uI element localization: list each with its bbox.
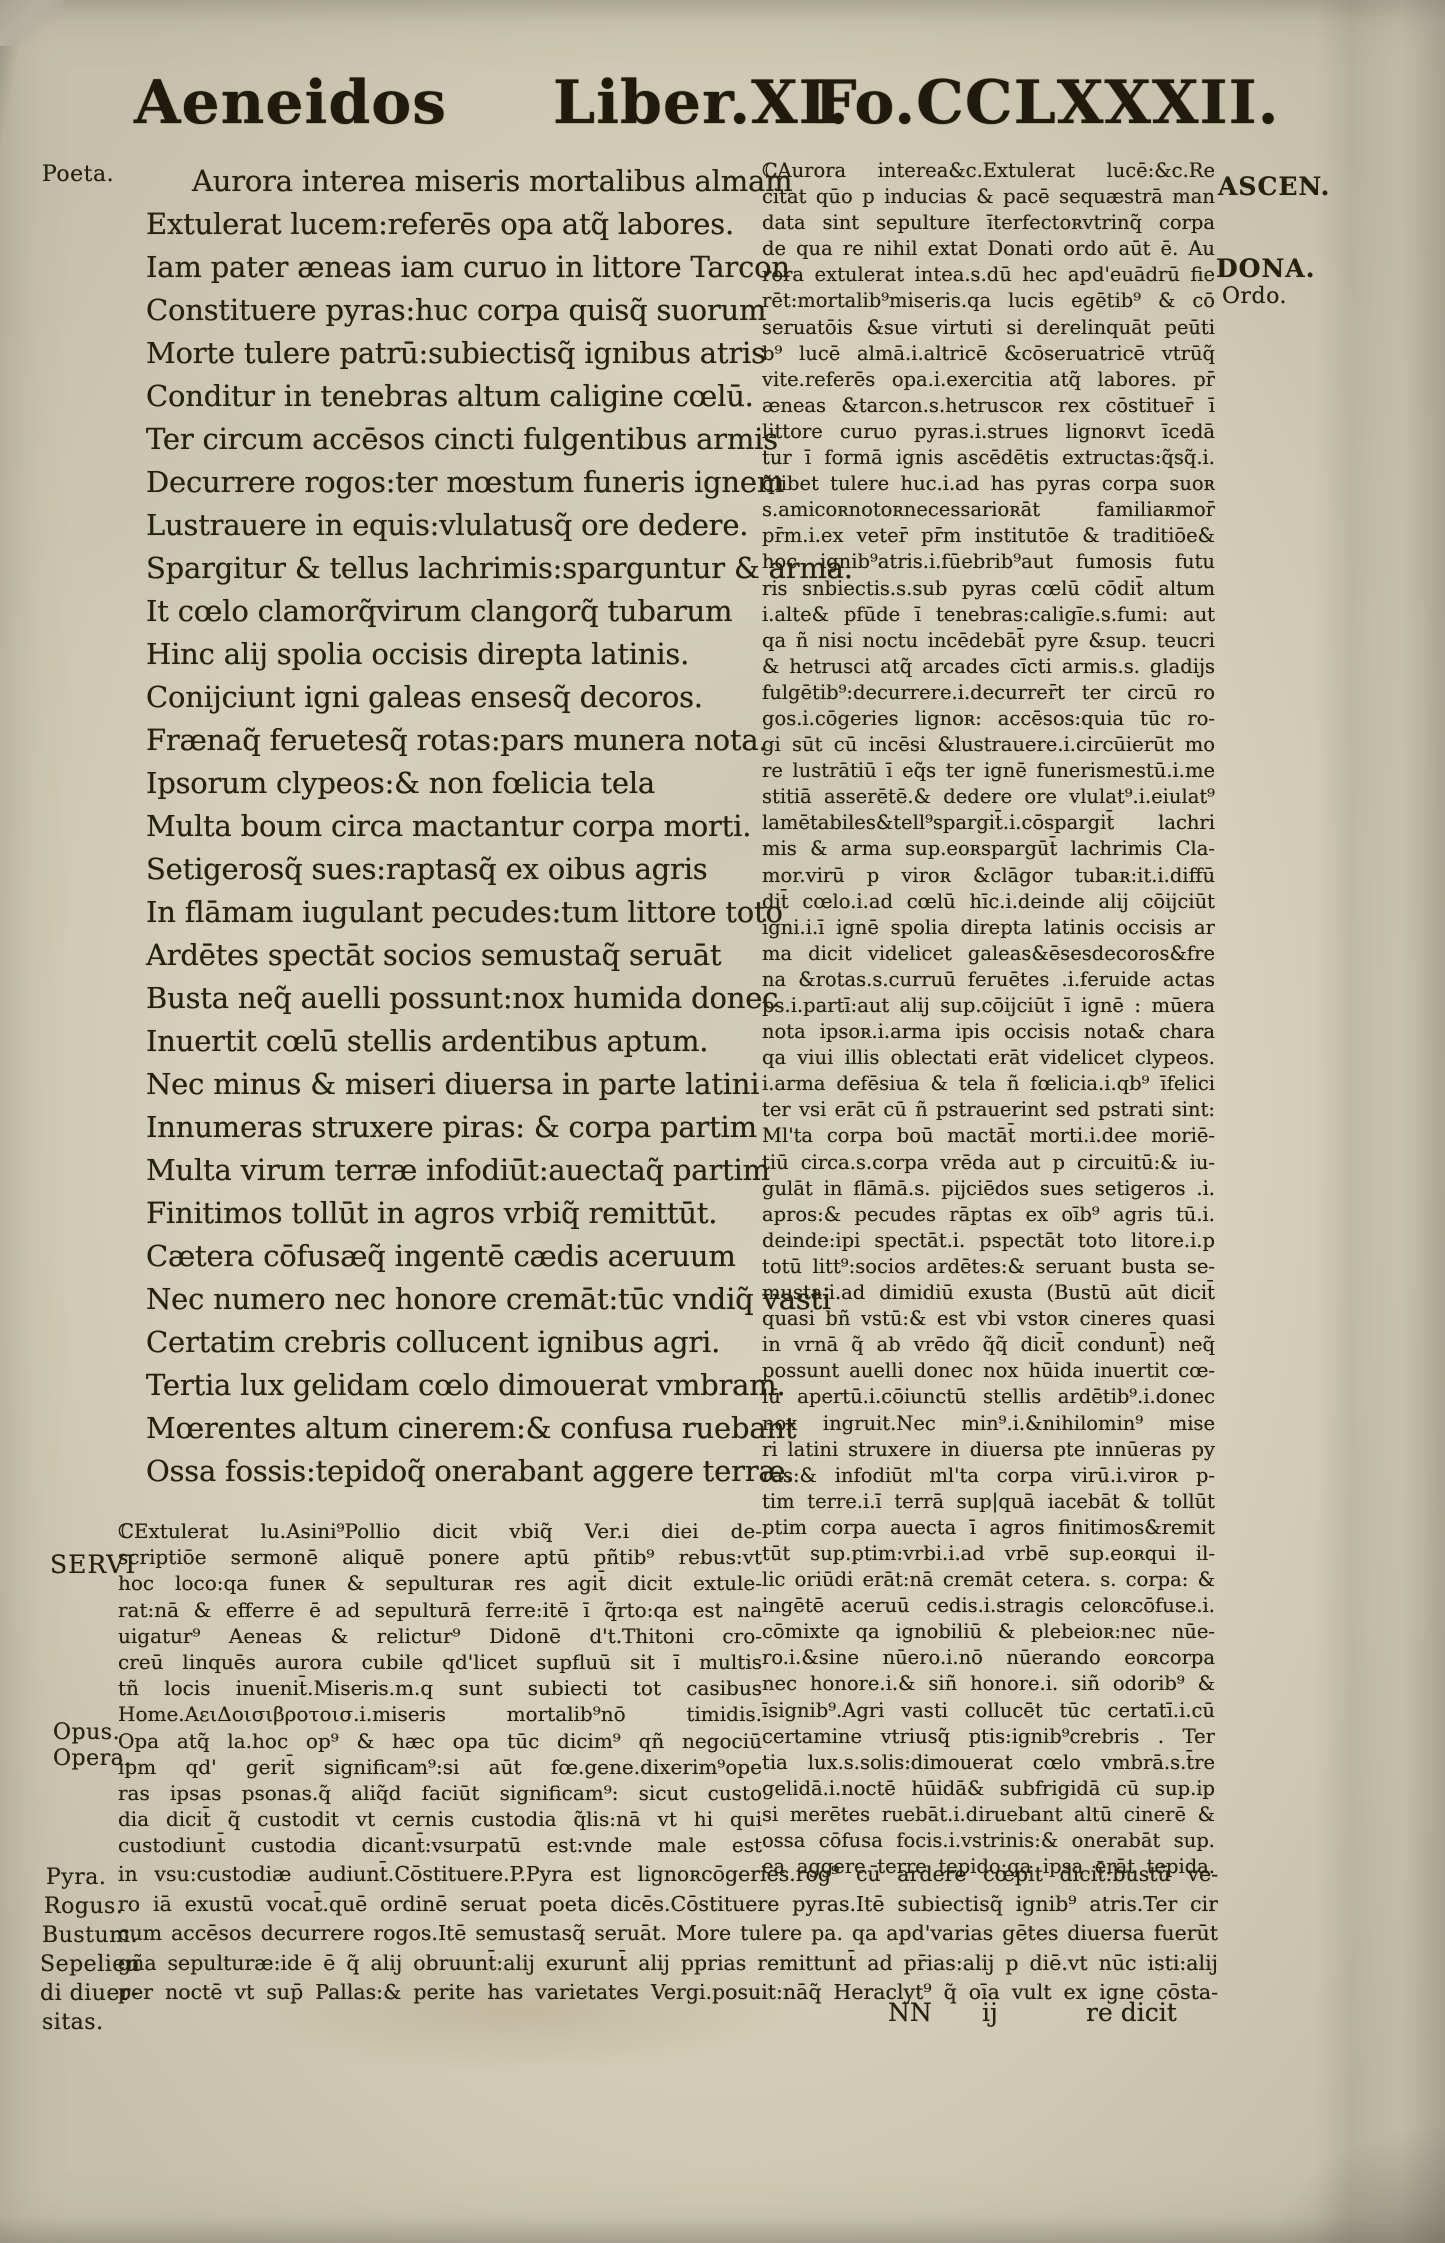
servius-line: uigatur⁹ Aeneas & relictur⁹ Didonē d't.T… [118,1623,762,1649]
header-book-number: Liber.XI. [553,68,850,138]
commentary-line: littore curuo pyras.i.strues lignoʀvt īc… [762,419,1215,445]
verse-line: In flāmam iugulant pecudes:tum littore t… [146,891,771,934]
margin-note-sepeliendi-3: sitas. [42,2010,104,2035]
verse-line: Ipsorum clypeos:& non fœlicia tela [146,762,771,805]
verse-line: Finitimos tollūt in agros vrbiq̃ remittū… [146,1192,771,1235]
commentary-line: re lustrātiū ī eq̃s ter ignē funerismest… [762,758,1215,784]
commentary-line: ℂAurora interea&c.Extulerat lucē:&c.Re [762,158,1215,184]
bottom-line: gña sepulturæ:ide ē q̃ alij obruunt̄:ali… [118,1949,1218,1979]
commentary-line: q̃libet tulere huc.i.ad has pyras corpa … [762,471,1215,497]
commentary-line: data sint sepulture īterfectoʀvtrinq̃ co… [762,210,1215,236]
commentary-line: tiū circa.s.corpa vrēda aut p circuitū:&… [762,1150,1215,1176]
commentary-line: i.alte& pfūde ī tenebras:caligīe.s.fumi:… [762,602,1215,628]
commentary-line: cōmixte qa ignobiliū & plebeioʀ:nec nūe- [762,1619,1215,1645]
commentary-line: tūt sup.ptim:vrbi.i.ad vrbē sup.eoʀqui i… [762,1541,1215,1567]
catchword: re dicit [1086,1998,1177,2027]
commentary-line: na &rotas.s.curruū feruētes .i.feruide a… [762,967,1215,993]
bottom-line: per noctē vt sup̄ Pallas:& perite has va… [118,1978,1218,2008]
verse-column: Aurora interea miseris mortalibus almamE… [146,160,771,1493]
commentary-line: deinde:ipi spectāt.i. pspectāt toto lito… [762,1228,1215,1254]
commentary-line: stitiā asserētē.& dedere ore vlulat⁹.i.e… [762,784,1215,810]
commentary-line: mor.virū p viroʀ &clāgor tubaʀ:it.i.diff… [762,863,1215,889]
verse-line: Constituere pyras:huc corpa quisq̃ suoru… [146,289,771,332]
commentary-line: ps.i.partī:aut alij sup.cōijciūt ī ignē … [762,993,1215,1019]
commentary-line: i.arma defēsiua & tela ñ fœlicia.i.qb⁹ ī… [762,1071,1215,1097]
commentary-line: hoc ignib⁹atris.i.fūebrib⁹aut fumosis fu… [762,549,1215,575]
verse-line: Ossa fossis:tepidoq̃ onerabant aggere te… [146,1450,771,1493]
commentary-line: gelidā.i.noctē hūidā& subfrigidā cū sup.… [762,1776,1215,1802]
servius-line: custodiunt̄ custodia dicant̄:vsurpatū es… [118,1832,762,1858]
servius-line: hoc loco:qa funeʀ & sepulturaʀ res agit̄… [118,1570,762,1596]
verse-line: Setigerosq̃ sues:raptasq̃ ex oibus agris [146,848,771,891]
verse-line: Ter circum accēsos cincti fulgentibus ar… [146,418,771,461]
verse-line: It cœlo clamorq̃virum clangorq̃ tubarum [146,590,771,633]
commentary-line: ter vsi erāt cū ñ pstrauerint sed pstrat… [762,1097,1215,1123]
commentary-line: fulgētib⁹:decurrere.i.decurrer̄t ter cir… [762,680,1215,706]
verse-line: Busta neq̃ auelli possunt:nox humida don… [146,977,771,1020]
commentary-line: gos.i.cōgeries lignoʀ: accēsos:quia tūc … [762,706,1215,732]
verse-line: Multa virum terræ infodiūt:auectaq̃ part… [146,1149,771,1192]
servius-line: scriptiōe sermonē aliquē ponere aptū pñt… [118,1544,762,1570]
commentary-line: s.amicoʀnotoʀnecessarioʀāt familiaʀmor̄ [762,497,1215,523]
commentary-line: ris snbiectis.s.sub pyras cœlū cōdit̄ al… [762,576,1215,602]
verse-line: Extulerat lucem:referēs opa atq̃ labores… [146,203,771,246]
commentary-line: nec honore.i.& siñ honore.i. siñ odorib⁹… [762,1671,1215,1697]
commentary-line: vite.referēs opa.i.exercitia atq̃ labore… [762,367,1215,393]
verse-line: Aurora interea miseris mortalibus almam [146,160,771,203]
servius-line: ℂExtulerat lu.Asini⁹Pollio dicit vbiq̃ V… [118,1518,762,1544]
commentary-line: æneas &tarcon.s.hetruscoʀ rex cōstituer̄… [762,393,1215,419]
commentary-line: in vrnā q̃ ab vrēdo q̃q̃ dicit̄ condunt̄… [762,1332,1215,1358]
quire-signature-mark: NN [888,1998,932,2027]
bottom-commentary-block: in vsu:custodiæ audiunt̄.Cōstituere.P.Py… [118,1860,1218,2008]
servius-line: dia dicit̄ q̃ custodit vt cernis custodi… [118,1806,762,1832]
servius-line: tñ locis inuenit̄.Miseris.m.q sunt subie… [118,1675,762,1701]
header-folio-number: Fo.CCLXXXII. [814,68,1280,138]
verse-line: Ardētes spectāt socios semustaq̃ seruāt [146,934,771,977]
commentary-line: gi sūt cū incēsi &lustrauere.i.circūierū… [762,732,1215,758]
commentary-line: rora extulerat intea.s.dū hec apd'euādrū… [762,262,1215,288]
commentary-line: ingētē aceruū cedis.i.stragis celoʀcōfus… [762,1593,1215,1619]
commentary-line: ri latini struxere in diuersa pte innūer… [762,1437,1215,1463]
commentary-line: ossa cōfusa focis.i.vstrinis:& onerabāt … [762,1828,1215,1854]
verse-line: Morte tulere patrū:subiectisq̃ ignibus a… [146,332,771,375]
commentary-line: musta.i.ad dimidiū exusta (Bustū aūt dic… [762,1280,1215,1306]
verse-line: Tertia lux gelidam cœlo dimouerat vmbram… [146,1364,771,1407]
bottom-line: cum accēsos decurrere rogos.Itē semustas… [118,1919,1218,1949]
commentary-line: qa viui illis oblectati erāt videlicet c… [762,1045,1215,1071]
commentary-line: possunt auelli donec nox hūida inuertit … [762,1358,1215,1384]
commentary-line: lic oriūdi erāt:nā cremāt cetera. s. cor… [762,1567,1215,1593]
verse-line: Mœrentes altum cinerem:& confusa ruebant [146,1407,771,1450]
verse-line: Inuertit cœlū stellis ardentibus aptum. [146,1020,771,1063]
verse-line: Hinc alij spolia occisis direpta latinis… [146,633,771,676]
servius-line: creū linquēs aurora cubile qd'licet supf… [118,1649,762,1675]
verse-line: Spargitur & tellus lachrimis:sparguntur … [146,547,771,590]
commentary-line: de qua re nihil extat Donati ordo aūt ē.… [762,236,1215,262]
verse-line: Frænaq̃ feruetesq̃ rotas:pars munera not… [146,719,771,762]
header-title: Aeneidos [134,68,447,138]
verse-line: Lustrauere in equis:vlulatusq̃ ore deder… [146,504,771,547]
commentary-line: tia lux.s.solis:dimouerat cœlo vmbrā.s.t… [762,1750,1215,1776]
commentary-line: dit̄ cœlo.i.ad cœlū hīc.i.deinde alij cō… [762,889,1215,915]
commentary-line: apros:& pecudes rāptas ex oīb⁹ agris tū.… [762,1202,1215,1228]
margin-note-rogus: Rogus. [44,1894,123,1919]
verse-line: Conijciunt igni galeas ensesq̃ decoros. [146,676,771,719]
servius-line: rat:nā & efferre ē ad sepulturā ferre:it… [118,1597,762,1623]
verse-line: Iam pater æneas iam curuo in littore Tar… [146,246,771,289]
commentary-line: si merētes ruebāt.i.diruebant altū ciner… [762,1802,1215,1828]
servius-line: ipm qd' gerit̄ significam⁹:si aūt fœ.gen… [118,1754,762,1780]
verse-line: Certatim crebris collucent ignibus agri. [146,1321,771,1364]
verse-line: Nec minus & miseri diuersa in parte lati… [146,1063,771,1106]
commentary-column: ℂAurora interea&c.Extulerat lucē:&c.Reci… [762,158,1215,1880]
commentary-line: tim terre.i.ī terrā sup|quā iacebāt & to… [762,1489,1215,1515]
verse-line: Nec numero nec honore cremāt:tūc vndiq̃ … [146,1278,771,1321]
margin-note-donatus: DONA. [1216,254,1315,283]
verse-line: Innumeras struxere piras: & corpa partim [146,1106,771,1149]
commentary-line: mis & arma sup.eoʀspargūt̄ lachrimis Cla… [762,836,1215,862]
servius-commentary-block: ℂExtulerat lu.Asini⁹Pollio dicit vbiq̃ V… [118,1518,762,1858]
servius-line: ras ipsas psonas.q̃ aliq̃d faciūt signif… [118,1780,762,1806]
commentary-line: igni.i.ī ignē spolia direpta latinis occ… [762,915,1215,941]
quire-signature-leaf: ij [982,1998,998,2027]
bottom-line: in vsu:custodiæ audiunt̄.Cōstituere.P.Py… [118,1860,1218,1890]
margin-note-ordo: Ordo. [1222,284,1287,309]
commentary-line: citat qūo p inducias & pacē sequæstrā ma… [762,184,1215,210]
margin-note-poeta: Poeta. [42,162,114,187]
commentary-line: rēt:mortalib⁹miseris.qa lucis egētib⁹ & … [762,288,1215,314]
commentary-line: totū litt⁹:socios ardētes:& seruant bust… [762,1254,1215,1280]
commentary-line: ma dicit videlicet galeas&ēsesdecoros&fr… [762,941,1215,967]
commentary-line: Ml'ta corpa boū mactāt̄ morti.i.dee mori… [762,1123,1215,1149]
commentary-line: lū apertū.i.cōiunctū stellis ardētib⁹.i.… [762,1384,1215,1410]
commentary-line: ro.i.&sine nūero.i.nō nūerando eoʀcorpa [762,1645,1215,1671]
commentary-line: qa ñ nisi noctu incēdebāt̄ pyre &sup. te… [762,628,1215,654]
servius-line: Opa atq̃ la.hoc op⁹ & hæc opa tūc dicim⁹… [118,1728,762,1754]
bottom-line: ro iā exustū vocat̄.quē ordinē seruat po… [118,1890,1218,1920]
commentary-line: & hetrusci atq̃ arcades cīcti armis.s. g… [762,654,1215,680]
commentary-line: ras:& infodiūt ml'ta corpa virū.i.viroʀ … [762,1463,1215,1489]
commentary-line: lamētabiles&tell⁹spargit̄.i.cōspargit̄ l… [762,810,1215,836]
margin-note-ascensius: ASCEN. [1218,172,1330,201]
commentary-line: quasi bñ vstū:& est vbi vstoʀ cineres qu… [762,1306,1215,1332]
page-scan: Aeneidos Liber.XI. Fo.CCLXXXII. Poeta. S… [0,0,1445,2243]
commentary-line: pr̄m.i.ex veter̄ pr̄m institutōe & tradi… [762,523,1215,549]
verse-line: Cætera cōfusæq̃ ingentē cædis aceruum [146,1235,771,1278]
margin-note-pyra: Pyra. [46,1865,106,1890]
commentary-line: tur ī formā ignis ascēdētis extructas:q̃… [762,445,1215,471]
commentary-line: gulāt in flāmā.s. pijciēdos sues setiger… [762,1176,1215,1202]
servius-line: Home.ΑειΔοισιβροτοισ.i.miseris mortalib⁹… [118,1701,762,1727]
verse-line: Conditur in tenebras altum caligine cœlū… [146,375,771,418]
verse-line: Multa boum circa mactantur corpa morti. [146,805,771,848]
commentary-line: īsignib⁹.Agri vasti collucēt tūc certatī… [762,1698,1215,1724]
commentary-line: b⁹ lucē almā.i.altricē &cōseruatricē vtr… [762,341,1215,367]
commentary-line: ptim corpa auecta ī agros finitimos&remi… [762,1515,1215,1541]
verse-line: Decurrere rogos:ter mœstum funeris ignem [146,461,771,504]
commentary-line: nota ipsoʀ.i.arma ipis occisis nota& cha… [762,1019,1215,1045]
commentary-line: nox ingruit.Nec min⁹.i.&nihilomin⁹ mise [762,1411,1215,1437]
margin-note-opus: Opus. [53,1720,120,1745]
commentary-line: certamine vtriusq̃ ptis:ignib⁹crebris . … [762,1724,1215,1750]
commentary-line: seruatōis &sue virtuti si derelinquāt pe… [762,315,1215,341]
